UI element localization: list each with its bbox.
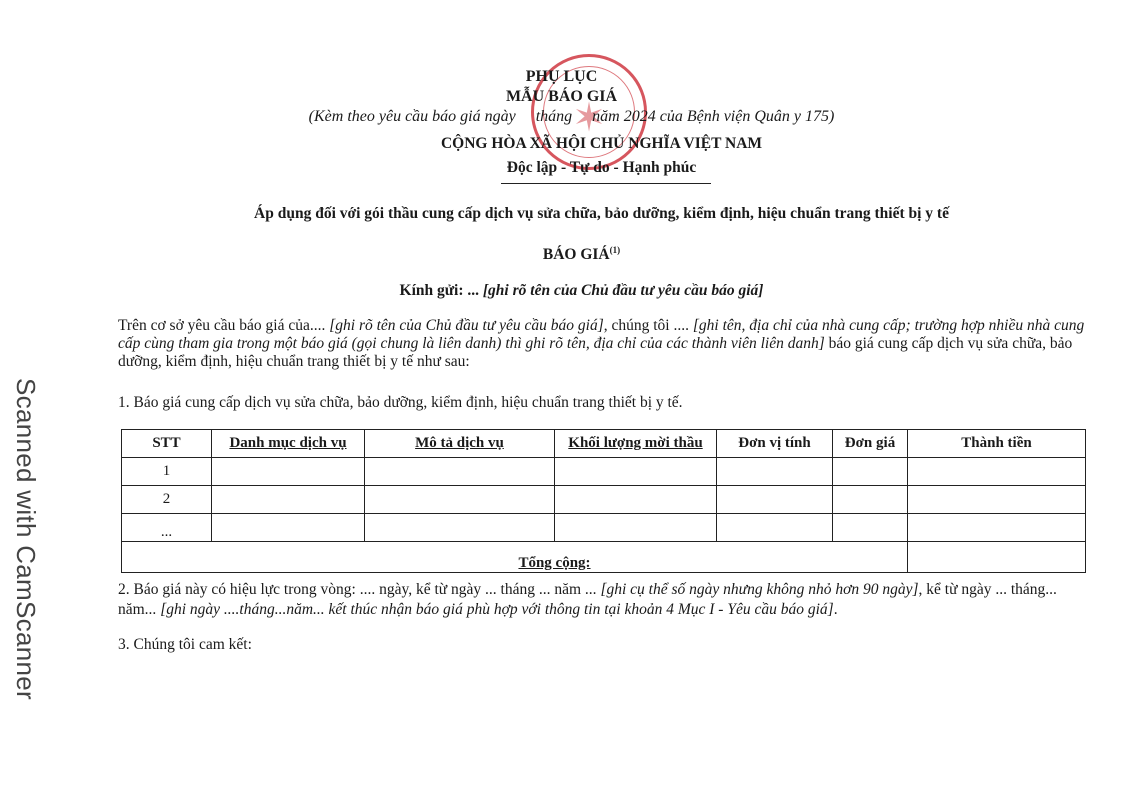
cell[interactable]	[717, 458, 833, 486]
cell-stt: ...	[122, 514, 212, 542]
cell[interactable]	[555, 514, 717, 542]
total-label-cell: Tổng cộng:	[122, 542, 908, 573]
section-2-paragraph: 2. Báo giá này có hiệu lực trong vòng: .…	[118, 580, 1093, 620]
document-title: BÁO GIÁ(1)	[20, 245, 1123, 264]
camscanner-watermark: Scanned with CamScanner	[10, 378, 41, 700]
cell[interactable]	[555, 486, 717, 514]
col-header-service-category: Danh mục dịch vụ	[212, 430, 365, 458]
col-header-unit-price: Đơn giá	[833, 430, 908, 458]
title-text: BÁO GIÁ	[543, 246, 610, 263]
cell-stt: 1	[122, 458, 212, 486]
appendix-heading: PHỤ LỤC	[0, 68, 1123, 86]
total-label: Tổng cộng:	[518, 555, 590, 571]
sec2-placeholder-1: [ghi cụ thể số ngày nhưng không nhỏ hơn …	[600, 581, 918, 598]
sec2-text-1: 2. Báo giá này có hiệu lực trong vòng: .…	[118, 581, 600, 598]
table-header-row: STT Danh mục dịch vụ Mô tả dịch vụ Khối …	[122, 430, 1086, 458]
sec2-text-3: .	[834, 601, 838, 618]
table-row: 1	[122, 458, 1086, 486]
cell[interactable]	[212, 458, 365, 486]
cell[interactable]	[212, 486, 365, 514]
cell[interactable]	[908, 458, 1086, 486]
col-header-service-description: Mô tả dịch vụ	[365, 430, 555, 458]
cell[interactable]	[833, 514, 908, 542]
col-header-bid-quantity: Khối lượng mời thầu	[555, 430, 717, 458]
col-header-stt: STT	[122, 430, 212, 458]
cell[interactable]	[908, 514, 1086, 542]
col-header-unit: Đơn vị tính	[717, 430, 833, 458]
cell[interactable]	[717, 486, 833, 514]
quote-table: STT Danh mục dịch vụ Mô tả dịch vụ Khối …	[121, 429, 1086, 573]
attachment-note: (Kèm theo yêu cầu báo giá ngày tháng năm…	[10, 108, 1123, 126]
col-header-amount: Thành tiền	[908, 430, 1086, 458]
sec2-placeholder-2: [ghi ngày ....tháng...năm... kết thúc nh…	[160, 601, 834, 618]
cell[interactable]	[833, 486, 908, 514]
total-value-cell[interactable]	[908, 542, 1086, 573]
intro-paragraph: Trên cơ sở yêu cầu báo giá của.... [ghi …	[118, 317, 1093, 371]
greeting-placeholder: [ghi rõ tên của Chủ đầu tư yêu cầu báo g…	[483, 282, 764, 299]
section-1-heading: 1. Báo giá cung cấp dịch vụ sửa chữa, bả…	[118, 394, 1093, 412]
cell[interactable]	[365, 458, 555, 486]
form-title: MẪU BÁO GIÁ	[0, 88, 1123, 106]
applies-to-heading: Áp dụng đối với gói thầu cung cấp dịch v…	[40, 205, 1123, 223]
title-footnote: (1)	[610, 245, 621, 255]
cell-stt: 2	[122, 486, 212, 514]
motto-underline	[501, 183, 711, 184]
table-row: ...	[122, 514, 1086, 542]
cell[interactable]	[833, 458, 908, 486]
greeting-label: Kính gửi: ...	[400, 282, 480, 299]
table-total-row: Tổng cộng:	[122, 542, 1086, 573]
country-name: CỘNG HÒA XÃ HỘI CHỦ NGHĨA VIỆT NAM	[40, 135, 1123, 153]
table-row: 2	[122, 486, 1086, 514]
cell[interactable]	[908, 486, 1086, 514]
intro-text-2: , chúng tôi ....	[604, 317, 693, 334]
intro-placeholder-1: [ghi rõ tên của Chủ đầu tư yêu cầu báo g…	[329, 317, 604, 334]
cell[interactable]	[365, 486, 555, 514]
intro-text-1: Trên cơ sở yêu cầu báo giá của....	[118, 317, 329, 334]
cell[interactable]	[365, 514, 555, 542]
cell[interactable]	[555, 458, 717, 486]
cell[interactable]	[212, 514, 365, 542]
section-3-heading: 3. Chúng tôi cam kết:	[118, 636, 1093, 654]
national-motto: Độc lập - Tự do - Hạnh phúc	[40, 159, 1123, 177]
greeting: Kính gửi: ... [ghi rõ tên của Chủ đầu tư…	[20, 282, 1123, 300]
cell[interactable]	[717, 514, 833, 542]
